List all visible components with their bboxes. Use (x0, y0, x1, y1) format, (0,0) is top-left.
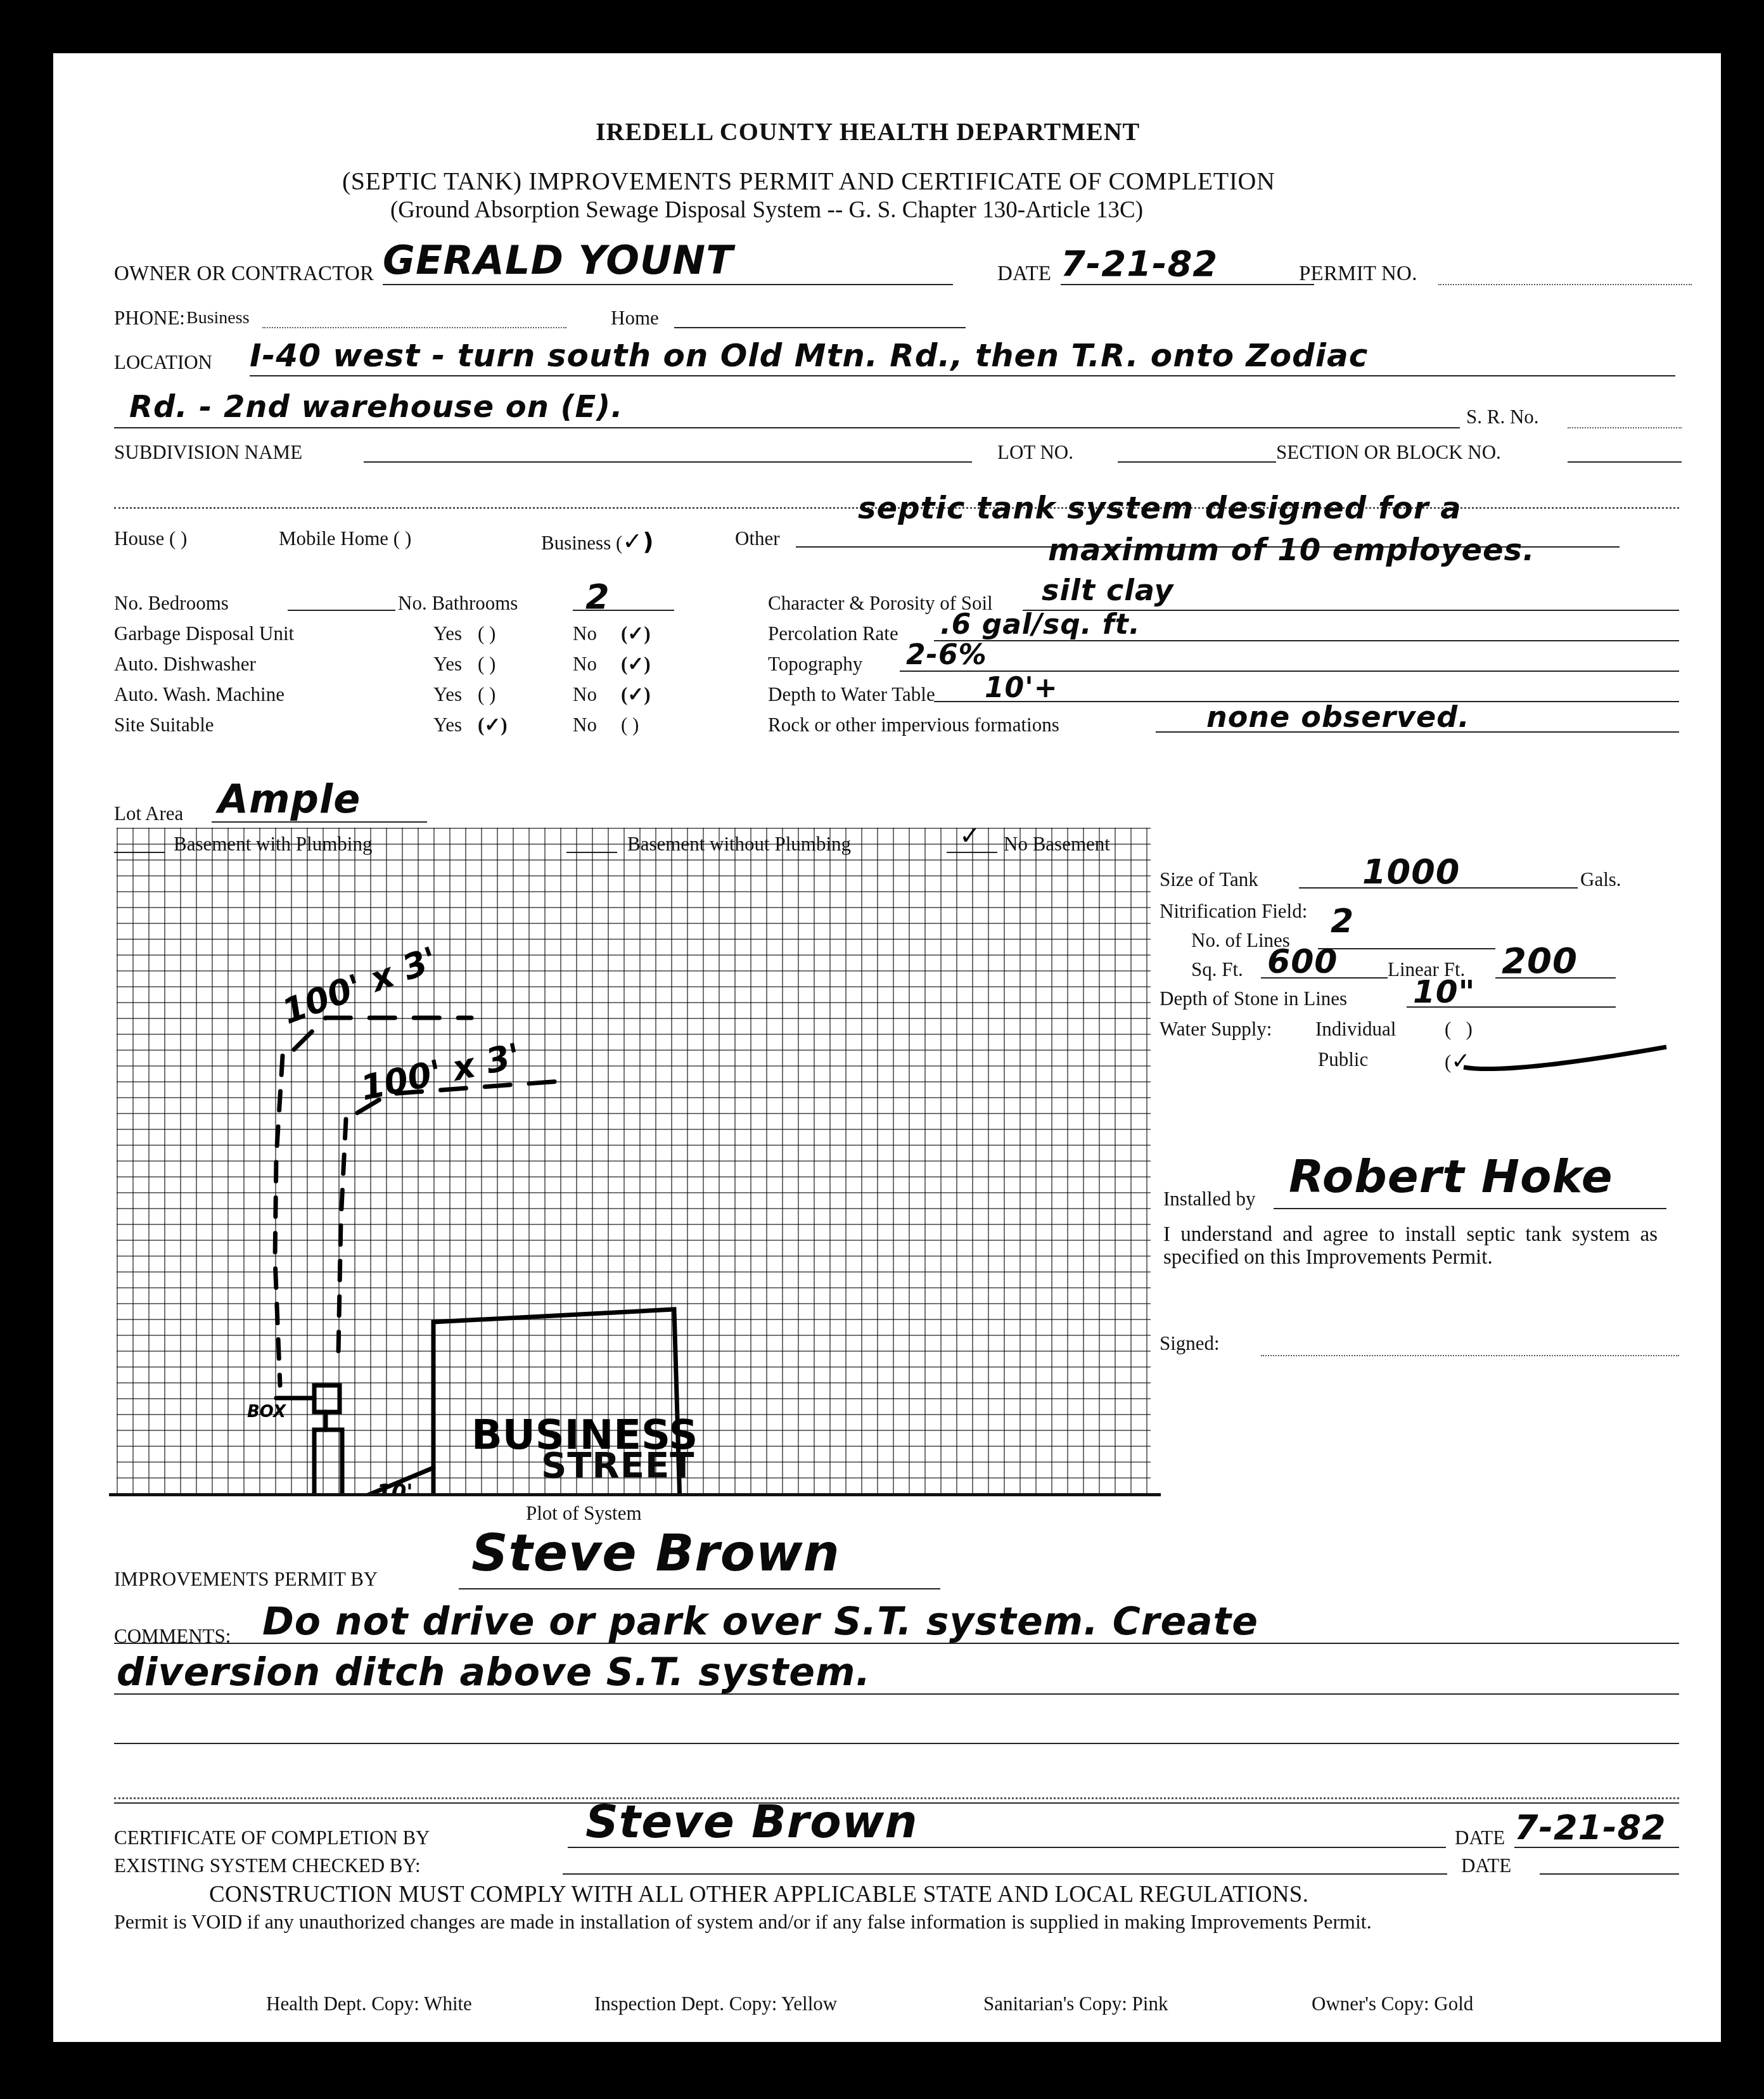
water-supply-label: Water Supply: (1160, 1018, 1272, 1041)
plot-label-line-mid: 100' x 3' (357, 1036, 524, 1108)
water-table-label: Depth to Water Table (768, 683, 935, 706)
no-checkbox-garbage-disposal-unit[interactable]: (✓) (621, 622, 651, 645)
no-checkbox-auto-dishwasher[interactable]: (✓) (621, 653, 651, 676)
stone-depth-field[interactable]: 10" (1413, 973, 1476, 1010)
facility-label-auto-dishwasher: Auto. Dishwasher (114, 653, 256, 676)
yes-checkbox-auto-wash-machine[interactable]: ( ) (478, 683, 495, 706)
business-label: Business ( (541, 532, 622, 554)
date-label: DATE (997, 262, 1051, 286)
house-checkbox[interactable]: House ( ) (114, 527, 187, 550)
public-label: Public (1318, 1048, 1368, 1071)
no-label: No (573, 653, 597, 676)
rock-field[interactable]: none observed. (1206, 700, 1470, 734)
nitrification-field-label: Nitrification Field: (1160, 900, 1307, 923)
location-line1[interactable]: I-40 west - turn south on Old Mtn. Rd., … (250, 337, 1368, 374)
sqft-field[interactable]: 600 (1267, 943, 1338, 981)
other-field-line1[interactable]: septic tank system designed for a (858, 491, 1462, 526)
bedrooms-field[interactable] (288, 610, 395, 611)
agency-title: IREDELL COUNTY HEALTH DEPARTMENT (596, 117, 1140, 146)
stone-depth-label: Depth of Stone in Lines (1160, 987, 1347, 1010)
form-title: (SEPTIC TANK) IMPROVEMENTS PERMIT AND CE… (342, 166, 1275, 196)
bathrooms-label: No. Bathrooms (398, 592, 518, 615)
no-label: No (573, 683, 597, 706)
signed-label: Signed: (1160, 1332, 1220, 1355)
comments-line2[interactable]: diversion ditch above S.T. system. (117, 1650, 871, 1695)
rock-label: Rock or other impervious formations (768, 714, 1059, 736)
location-label: LOCATION (114, 351, 212, 374)
improvements-permit-label: IMPROVEMENTS PERMIT BY (114, 1568, 378, 1591)
topography-label: Topography (768, 653, 862, 676)
sr-no-field[interactable] (1568, 427, 1682, 428)
comments-label: COMMENTS: (114, 1625, 231, 1648)
bedrooms-label: No. Bedrooms (114, 592, 229, 615)
improvements-permit-field[interactable]: Steve Brown (471, 1524, 840, 1582)
mobile-home-checkbox[interactable]: Mobile Home ( ) (279, 527, 411, 550)
no-checkbox-site-suitable[interactable]: ( ) (621, 714, 639, 736)
permit-no-label: PERMIT NO. (1299, 262, 1417, 286)
certificate-date-label: DATE (1455, 1826, 1505, 1849)
perc-rate-label: Percolation Rate (768, 622, 898, 645)
sr-no-label: S. R. No. (1466, 406, 1539, 428)
compliance-notice: CONSTRUCTION MUST COMPLY WITH ALL OTHER … (209, 1881, 1308, 1908)
owner-label: OWNER OR CONTRACTOR (114, 262, 374, 286)
plot-sketch: 100' x 3' 100' x 3' BOX TANK 10' BUSINES… (117, 828, 1151, 1493)
tank-size-field[interactable]: 1000 (1362, 852, 1460, 892)
facility-label-site-suitable: Site Suitable (114, 714, 214, 736)
no-label: No (573, 622, 597, 645)
facility-label-garbage-disposal-unit: Garbage Disposal Unit (114, 622, 294, 645)
void-notice: Permit is VOID if any unauthorized chang… (114, 1910, 1590, 1933)
plot-label-box: BOX (247, 1403, 287, 1422)
phone-label: PHONE: (114, 307, 185, 330)
water-table-field[interactable]: 10'+ (985, 672, 1058, 704)
yes-checkbox-site-suitable[interactable]: (✓) (478, 714, 508, 736)
lot-no-label: LOT NO. (997, 441, 1073, 464)
installer-agreement: I understand and agree to install septic… (1163, 1223, 1658, 1269)
tank-size-label: Size of Tank (1160, 868, 1258, 891)
existing-date-label: DATE (1461, 1854, 1511, 1877)
tank-unit-label: Gals. (1580, 868, 1621, 891)
yes-label: Yes (433, 683, 462, 706)
signed-field[interactable] (1261, 1355, 1679, 1356)
plot-baseline (109, 1493, 1161, 1496)
individual-checkbox[interactable]: ( ) (1445, 1018, 1473, 1041)
plot-label-distance: 10' (376, 1480, 413, 1493)
phone-business-label: Business (186, 308, 250, 328)
phone-business-field[interactable] (262, 327, 566, 328)
permit-no-field[interactable] (1438, 284, 1692, 285)
yes-checkbox-garbage-disposal-unit[interactable]: ( ) (478, 622, 495, 645)
certificate-label: CERTIFICATE OF COMPLETION BY (114, 1826, 430, 1849)
certificate-field[interactable]: Steve Brown (585, 1795, 918, 1848)
section-label: SECTION OR BLOCK NO. (1276, 441, 1501, 464)
certificate-date-field[interactable]: 7-21-82 (1514, 1807, 1666, 1847)
copy-sanitarian: Sanitarian's Copy: Pink (983, 1993, 1168, 2015)
yes-checkbox-auto-dishwasher[interactable]: ( ) (478, 653, 495, 676)
other-label: Other (735, 527, 780, 550)
installed-by-label: Installed by (1163, 1188, 1256, 1210)
plot-label-street: STREET (541, 1445, 694, 1486)
plot-caption: Plot of System (526, 1502, 642, 1525)
no-label: No (573, 714, 597, 736)
date-field[interactable]: 7-21-82 (1061, 243, 1218, 285)
other-field-line2[interactable]: maximum of 10 employees. (1048, 532, 1535, 568)
existing-system-field[interactable] (563, 1873, 1447, 1875)
permit-form-page: IREDELL COUNTY HEALTH DEPARTMENT (SEPTIC… (53, 53, 1721, 2042)
section-field[interactable] (1568, 461, 1682, 463)
public-check-stroke (1457, 1042, 1673, 1080)
copy-health: Health Dept. Copy: White (266, 1993, 472, 2015)
individual-label: Individual (1315, 1018, 1396, 1041)
yes-label: Yes (433, 653, 462, 676)
subdivision-label: SUBDIVISION NAME (114, 441, 302, 464)
check-icon: ✓) (622, 527, 653, 555)
lot-area-label: Lot Area (114, 802, 183, 825)
facility-label-auto-wash-machine: Auto. Wash. Machine (114, 683, 284, 706)
owner-field[interactable]: GERALD YOUNT (383, 237, 733, 283)
form-subtitle: (Ground Absorption Sewage Disposal Syste… (390, 196, 1143, 224)
lot-no-field[interactable] (1118, 461, 1276, 463)
lines-field[interactable]: 2 (1331, 902, 1354, 940)
installed-by-field[interactable]: Robert Hoke (1289, 1150, 1613, 1203)
linear-ft-field[interactable]: 200 (1502, 940, 1578, 982)
copy-owner: Owner's Copy: Gold (1312, 1993, 1473, 2015)
topography-field[interactable]: 2-6% (906, 639, 987, 671)
phone-home-field[interactable] (674, 327, 966, 328)
lot-area-field[interactable]: Ample (218, 776, 361, 822)
phone-home-label: Home (611, 307, 659, 330)
business-checkbox[interactable]: Business (✓) (541, 527, 654, 555)
existing-date-field[interactable] (1540, 1873, 1679, 1875)
yes-label: Yes (433, 622, 462, 645)
comments-line1[interactable]: Do not drive or park over S.T. system. C… (262, 1600, 1258, 1644)
subdivision-field[interactable] (364, 461, 972, 463)
bathrooms-field[interactable]: 2 (585, 577, 610, 617)
copy-inspection: Inspection Dept. Copy: Yellow (594, 1993, 837, 2015)
existing-system-label: EXISTING SYSTEM CHECKED BY: (114, 1854, 421, 1877)
yes-label: Yes (433, 714, 462, 736)
location-line2[interactable]: Rd. - 2nd warehouse on (E). (129, 389, 623, 425)
soil-character-field[interactable]: silt clay (1042, 573, 1174, 607)
no-checkbox-auto-wash-machine[interactable]: (✓) (621, 683, 651, 706)
perc-rate-field[interactable]: .6 gal/sq. ft. (940, 608, 1141, 641)
sqft-label: Sq. Ft. (1191, 958, 1243, 981)
